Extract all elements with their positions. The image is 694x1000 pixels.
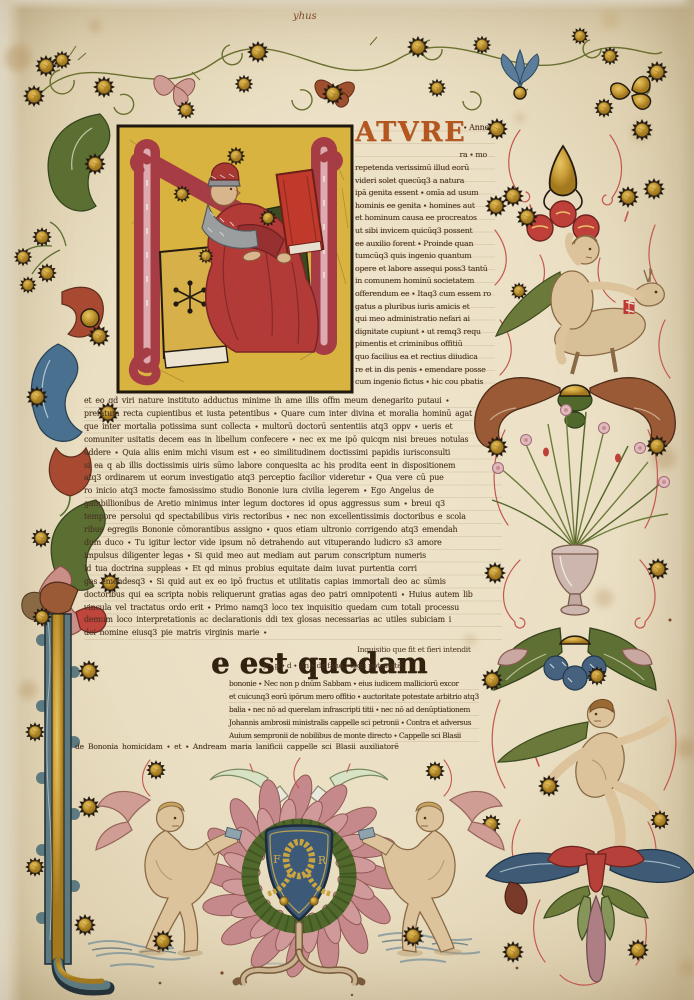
text-line: Johannis ambrosii ministralis cappelle s… bbox=[229, 716, 479, 729]
shield-letter-f: F bbox=[273, 853, 281, 866]
gold-sunburst-rosette bbox=[407, 36, 429, 58]
vase bbox=[552, 545, 598, 615]
bud bbox=[543, 448, 549, 457]
text-line: dignitate cupiunt ∙ ut remq3 requ bbox=[355, 326, 495, 339]
text-line: hominis ee genita ∙ homines aut bbox=[355, 200, 495, 213]
text-line: gatus a pluribus iuris amicis et bbox=[355, 301, 495, 314]
text-line: ribus egregiis Bononie cōmorantibus assi… bbox=[84, 524, 502, 537]
text-line: repetenda verissimū illud eorū bbox=[355, 162, 495, 175]
display-word-nature: ATVRE bbox=[355, 117, 466, 148]
gold-sunburst-rosette bbox=[37, 263, 57, 283]
gold-sunburst-rosette bbox=[146, 760, 166, 780]
text-line: dei nomine eiusq3 pie matris virginis ma… bbox=[84, 627, 502, 640]
gold-sunburst-rosette bbox=[74, 914, 96, 936]
text-line: doctoribus qui ea scripta nobis reliquer… bbox=[84, 589, 502, 602]
text-line: gambillionibus de Aretio minimus inter l… bbox=[84, 498, 502, 511]
eye bbox=[230, 188, 232, 190]
first-text-column: ATVRE ∙ Anne ra ∙ mo repetenda verissimū… bbox=[355, 119, 495, 389]
text-line: balia ∙ nec nō ad querelam infrascripti … bbox=[229, 703, 479, 716]
gold-sunburst-rosette bbox=[19, 276, 37, 294]
text-line: ro inicio atq3 mocte famosissimo studio … bbox=[84, 485, 502, 498]
text-line: cum ingenio fictus ∙ hic cou pbatis bbox=[355, 376, 495, 389]
gold-sunburst-rosette bbox=[78, 660, 100, 682]
putto-torso bbox=[551, 271, 593, 329]
text-line: tempore persolui qd spectabilibus viris … bbox=[84, 511, 502, 524]
gold-trefoil-leaves bbox=[611, 76, 651, 109]
text-line: ee auxilio forent ∙ Proinde quan bbox=[355, 238, 495, 251]
main-text-block: et eo qd viri nature instituto adductus … bbox=[84, 395, 502, 640]
text-line: opere et labore assequi poss3 tantū bbox=[355, 263, 495, 276]
text-line: addere ∙ Quia aliis enim michi visum est… bbox=[84, 447, 502, 460]
text-line: re et in dis penis ∙ emendare posse bbox=[355, 364, 495, 377]
text-line: pimentis et criminibus offitiū bbox=[355, 338, 495, 351]
putto-leg-front bbox=[610, 794, 621, 844]
text-line: tumcūq3 quis ingenio quantum bbox=[355, 250, 495, 263]
text-line: ipā genita essent ∙ omīa ad usum bbox=[355, 187, 495, 200]
gold-sunburst-rosette bbox=[32, 227, 52, 247]
putto-body bbox=[145, 830, 219, 952]
flower-vase-carnations bbox=[492, 405, 670, 616]
gold-sunburst-rosette bbox=[25, 722, 45, 742]
gold-sunburst-rosette bbox=[14, 248, 33, 267]
bottom-miniature: F R bbox=[88, 760, 504, 984]
text-line: demum loco interpretationis ac declarati… bbox=[84, 614, 502, 627]
text-line: et hominum causa ee procreatos bbox=[355, 212, 495, 225]
text-line: in comunem hominū societatem bbox=[355, 275, 495, 288]
section2-side-line-1: Inquisitio que fit et fieri intendit bbox=[357, 645, 471, 654]
historiated-initial-n bbox=[118, 126, 352, 392]
gold-sunburst-rosette bbox=[31, 528, 51, 548]
putto-riding-stag bbox=[496, 235, 664, 374]
left-hand bbox=[277, 253, 291, 263]
text-line: et eo qd viri nature instituto adductus … bbox=[84, 395, 502, 408]
putto-wing bbox=[98, 791, 150, 822]
text-line: quo facilius ea et rectius diiudica bbox=[355, 351, 495, 364]
bud bbox=[615, 454, 621, 463]
flying-putto bbox=[498, 699, 666, 844]
text-line: si ea q ab illis doctissimis uiris sūmo … bbox=[84, 460, 502, 473]
text-line: que inter mortalia potissima sunt collec… bbox=[84, 421, 502, 434]
top-border-vine bbox=[23, 27, 668, 119]
gold-sunburst-rosette bbox=[235, 75, 254, 94]
grass-stems bbox=[492, 412, 668, 548]
manuscript-page: F R yhus A bbox=[0, 0, 694, 1000]
top-inscription: yhus bbox=[293, 11, 317, 22]
text-line: offerendum ee ∙ Itaq3 cum essem ro bbox=[355, 288, 495, 301]
gold-sunburst-rosette bbox=[428, 79, 447, 98]
text-line: id tua doctrina suppleas ∙ Et qd minus p… bbox=[84, 563, 502, 576]
opening-line: ATVRE ∙ Anne bbox=[355, 119, 495, 149]
acanthus-cluster-brown bbox=[475, 378, 676, 448]
column-lines: repetenda verissimū illud eorūvideri sol… bbox=[355, 162, 495, 389]
putto-leg bbox=[560, 326, 566, 360]
gold-fleuron bbox=[527, 146, 599, 241]
opening-fragment-2: ra ∙ mo bbox=[355, 149, 495, 162]
text-line: ut sibi invicem quicūq3 possent bbox=[355, 225, 495, 238]
blue-flower bbox=[501, 50, 538, 99]
gold-sunburst-rosette bbox=[78, 796, 100, 818]
text-line: bononie ∙ Nec non p dnūm Sabbam ∙ eius i… bbox=[229, 677, 479, 690]
opening-fragment-1: ∙ Anne bbox=[463, 122, 489, 135]
text-line: videri solet quecūq3 a natura bbox=[355, 175, 495, 188]
acanthus-cluster-green-blue bbox=[494, 628, 656, 690]
gold-sunburst-rosette bbox=[594, 98, 614, 118]
section2-text-block: bononie ∙ Nec non p dnūm Sabbam ∙ eius i… bbox=[229, 677, 479, 742]
text-line: comuniter usitatis decem eas in libellum… bbox=[84, 434, 502, 447]
putto-arm-reaching bbox=[590, 285, 640, 296]
section2-side-line-2: ỹ ∙ p ∙ d ∙ An ∙ de fano ∙ legū potestat… bbox=[263, 661, 402, 670]
text-line: prefatum recta cupientibus et iusta pete… bbox=[84, 408, 502, 421]
shield-letter-r: R bbox=[318, 854, 327, 867]
text-line: impulsus diligenter legas ∙ Si quid meo … bbox=[84, 550, 502, 563]
text-line: vincula vel tractatus ordo erit ∙ Primo … bbox=[84, 602, 502, 615]
gold-sunburst-rosette bbox=[473, 36, 492, 55]
gold-sunburst-rosette bbox=[502, 941, 524, 963]
text-line: dum duco ∙ Tu igitur lector vide ipsum n… bbox=[84, 537, 502, 550]
putto-leg-back bbox=[618, 786, 658, 814]
gold-sunburst-rosette bbox=[643, 178, 665, 200]
gold-sunburst-rosette bbox=[617, 186, 639, 208]
pink-flower bbox=[154, 76, 195, 107]
gold-sunburst-rosette bbox=[247, 41, 269, 63]
gold-sunburst-rosette bbox=[25, 857, 45, 877]
dark-red-curl bbox=[505, 882, 527, 914]
gold-sunburst-rosette bbox=[23, 85, 45, 107]
text-line: Auium sempronii de nobilibus de monte di… bbox=[229, 729, 479, 742]
putto-arm-right bbox=[618, 720, 666, 742]
gold-sunburst-rosette bbox=[502, 185, 524, 207]
gold-sunburst-rosette bbox=[601, 47, 620, 66]
text-line: atq3 ordinarem ut eorum investigatio atq… bbox=[84, 472, 502, 485]
gold-sunburst-rosette bbox=[93, 76, 115, 98]
gold-sunburst-rosette bbox=[631, 119, 653, 141]
section2-last-line: de Bononia homicidam ∙ et ∙ Andream mari… bbox=[75, 742, 399, 751]
text-line: et cuicunq3 eorū ipōrum mero offitio ∙ a… bbox=[229, 690, 479, 703]
text-line: gas emendesq3 ∙ Si quid aut ex eo ipō fr… bbox=[84, 576, 502, 589]
text-line: qui meo administratio nefari ai bbox=[355, 313, 495, 326]
gold-sunburst-rosette bbox=[425, 761, 445, 781]
